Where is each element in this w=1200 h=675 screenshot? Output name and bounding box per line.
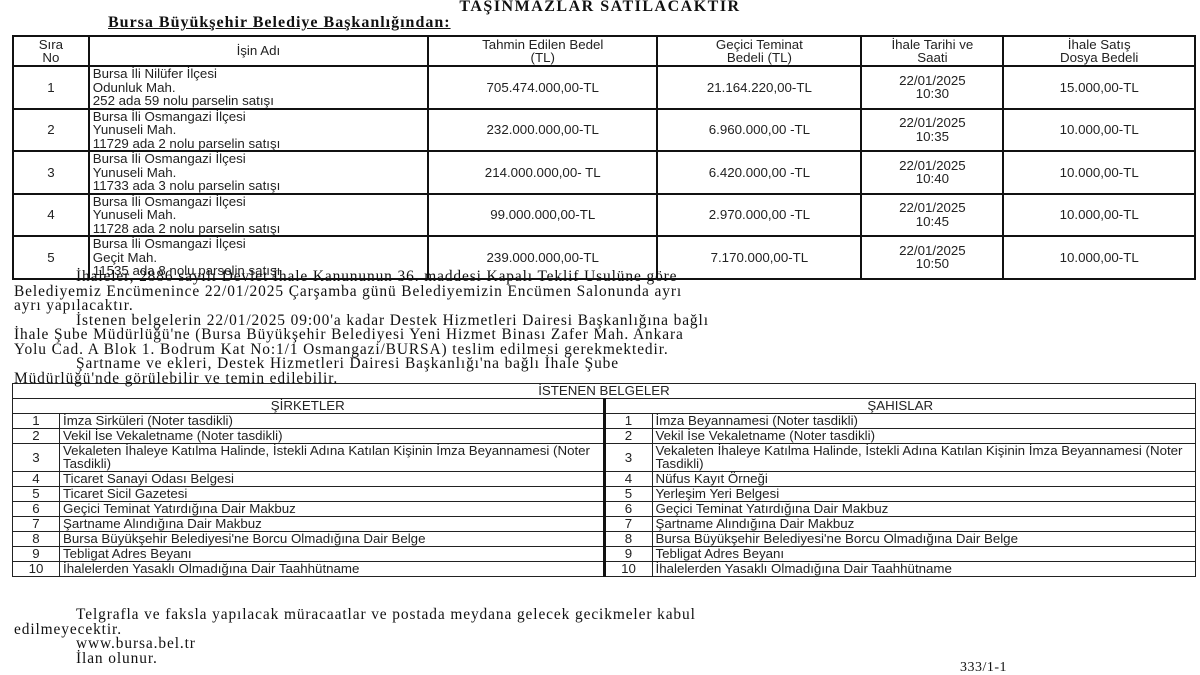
col-header-estimate: Tahmin Edilen Bedel(TL) [428, 36, 657, 66]
paragraph-submission: İstenen belgelerin 22/01/2025 09:00'a ka… [14, 314, 1194, 358]
individual-doc-number: 9 [604, 546, 652, 561]
auction-row: 4Bursa İli Osmangazi İlçesiYunuseli Mah.… [13, 194, 1195, 237]
individuals-header: ŞAHISLAR [604, 399, 1196, 414]
company-doc-number: 2 [13, 429, 60, 444]
auction-table: SıraNo İşin Adı Tahmin Edilen Bedel(TL) … [12, 35, 1196, 280]
individual-doc-number: 4 [604, 471, 652, 486]
company-doc-number: 4 [13, 471, 60, 486]
row-number: 1 [13, 66, 89, 109]
company-doc-text: Vekaleten İhaleye Katılma Halinde, İstek… [60, 444, 605, 472]
job-description: Bursa İli Osmangazi İlçesiYunuseli Mah.1… [89, 151, 428, 194]
file-fee: 10.000,00-TL [1003, 151, 1195, 194]
document-row: 5Ticaret Sicil Gazetesi5Yerleşim Yeri Be… [13, 486, 1196, 501]
paragraph-specification: Şartname ve ekleri, Destek Hizmetleri Da… [14, 357, 1194, 386]
individual-doc-number: 2 [604, 429, 652, 444]
individual-doc-text: Şartname Alındığına Dair Makbuz [652, 516, 1196, 531]
company-doc-text: Tebligat Adres Beyanı [60, 546, 605, 561]
individual-doc-text: İmza Beyannamesi (Noter tasdikli) [652, 414, 1196, 429]
company-doc-number: 10 [13, 561, 60, 576]
file-fee: 10.000,00-TL [1003, 109, 1195, 152]
document-row: 7Şartname Alındığına Dair Makbuz7Şartnam… [13, 516, 1196, 531]
company-doc-number: 5 [13, 486, 60, 501]
individual-doc-text: Vekaleten İhaleye Katılma Halinde, İstek… [652, 444, 1196, 472]
estimated-value: 214.000.000,00- TL [428, 151, 657, 194]
guarantee-amount: 6.420.000,00 -TL [657, 151, 861, 194]
col-header-no: SıraNo [13, 36, 89, 66]
company-doc-text: Ticaret Sicil Gazetesi [60, 486, 605, 501]
auction-row: 3Bursa İli Osmangazi İlçesiYunuseli Mah.… [13, 151, 1195, 194]
guarantee-amount: 21.164.220,00-TL [657, 66, 861, 109]
individual-doc-text: Geçici Teminat Yatırdığına Dair Makbuz [652, 501, 1196, 516]
company-doc-number: 3 [13, 444, 60, 472]
company-doc-number: 8 [13, 531, 60, 546]
reference-number: 333/1-1 [960, 660, 1007, 675]
document-row: 10İhalelerden Yasaklı Olmadığına Dair Ta… [13, 561, 1196, 576]
company-doc-number: 6 [13, 501, 60, 516]
auction-date-time: 22/01/202510:45 [861, 194, 1003, 237]
company-doc-text: Şartname Alındığına Dair Makbuz [60, 516, 605, 531]
individual-doc-number: 5 [604, 486, 652, 501]
individual-doc-text: Nüfus Kayıt Örneği [652, 471, 1196, 486]
auction-table-header: SıraNo İşin Adı Tahmin Edilen Bedel(TL) … [13, 36, 1195, 66]
col-header-date-time: İhale Tarihi veSaati [861, 36, 1003, 66]
file-fee: 10.000,00-TL [1003, 194, 1195, 237]
individual-doc-text: Tebligat Adres Beyanı [652, 546, 1196, 561]
file-fee: 15.000,00-TL [1003, 66, 1195, 109]
document-row: 1İmza Sirküleri (Noter tasdikli)1İmza Be… [13, 414, 1196, 429]
estimated-value: 232.000.000,00-TL [428, 109, 657, 152]
auction-row: 1Bursa İli Nilüfer İlçesiOdunluk Mah.252… [13, 66, 1195, 109]
issuer-heading: Bursa Büyükşehir Belediye Başkanlığından… [108, 14, 451, 32]
col-header-guarantee: Geçici TeminatBedeli (TL) [657, 36, 861, 66]
row-number: 4 [13, 194, 89, 237]
estimated-value: 705.474.000,00-TL [428, 66, 657, 109]
guarantee-amount: 6.960.000,00 -TL [657, 109, 861, 152]
individual-doc-text: Bursa Büyükşehir Belediyesi'ne Borcu Olm… [652, 531, 1196, 546]
col-header-file-fee: İhale SatışDosya Bedeli [1003, 36, 1195, 66]
individual-doc-number: 8 [604, 531, 652, 546]
individual-doc-number: 1 [604, 414, 652, 429]
estimated-value: 99.000.000,00-TL [428, 194, 657, 237]
company-doc-number: 1 [13, 414, 60, 429]
company-doc-number: 9 [13, 546, 60, 561]
closing-text: İlan olunur. [14, 652, 1194, 667]
auction-date-time: 22/01/202510:35 [861, 109, 1003, 152]
company-doc-text: İmza Sirküleri (Noter tasdikli) [60, 414, 605, 429]
document-row: 8Bursa Büyükşehir Belediyesi'ne Borcu Ol… [13, 531, 1196, 546]
website-link[interactable]: www.bursa.bel.tr [14, 637, 1194, 652]
document-row: 3Vekaleten İhaleye Katılma Halinde, İste… [13, 444, 1196, 472]
document-row: 2Vekil İse Vekaletname (Noter tasdikli)2… [13, 429, 1196, 444]
required-documents-table: İSTENEN BELGELER ŞİRKETLER ŞAHISLAR 1İmz… [12, 383, 1196, 577]
job-description: Bursa İli Osmangazi İlçesiYunuseli Mah.1… [89, 109, 428, 152]
individual-doc-text: Yerleşim Yeri Belgesi [652, 486, 1196, 501]
company-doc-text: Ticaret Sanayi Odası Belgesi [60, 471, 605, 486]
document-row: 6Geçici Teminat Yatırdığına Dair Makbuz6… [13, 501, 1196, 516]
document-row: 4Ticaret Sanayi Odası Belgesi4Nüfus Kayı… [13, 471, 1196, 486]
individual-doc-number: 10 [604, 561, 652, 576]
job-description: Bursa İli Nilüfer İlçesiOdunluk Mah.252 … [89, 66, 428, 109]
auction-date-time: 22/01/202510:30 [861, 66, 1003, 109]
auction-date-time: 22/01/202510:40 [861, 151, 1003, 194]
company-doc-text: Geçici Teminat Yatırdığına Dair Makbuz [60, 501, 605, 516]
company-doc-number: 7 [13, 516, 60, 531]
individual-doc-number: 7 [604, 516, 652, 531]
individual-doc-number: 3 [604, 444, 652, 472]
company-doc-text: Vekil İse Vekaletname (Noter tasdikli) [60, 429, 605, 444]
required-documents-title: İSTENEN BELGELER [13, 384, 1196, 399]
individual-doc-text: İhalelerden Yasaklı Olmadığına Dair Taah… [652, 561, 1196, 576]
row-number: 3 [13, 151, 89, 194]
row-number: 2 [13, 109, 89, 152]
paragraph-late-applications: Telgrafla ve faksla yapılacak müracaatla… [14, 608, 1194, 666]
individual-doc-text: Vekil İse Vekaletname (Noter tasdikli) [652, 429, 1196, 444]
company-doc-text: İhalelerden Yasaklı Olmadığına Dair Taah… [60, 561, 605, 576]
companies-header: ŞİRKETLER [13, 399, 605, 414]
col-header-job-name: İşin Adı [89, 36, 428, 66]
company-doc-text: Bursa Büyükşehir Belediyesi'ne Borcu Olm… [60, 531, 605, 546]
paragraph-auction-method: İhaleler, 2886 sayılı Devlet İhale Kanun… [14, 270, 1194, 314]
individual-doc-number: 6 [604, 501, 652, 516]
guarantee-amount: 2.970.000,00 -TL [657, 194, 861, 237]
document-row: 9Tebligat Adres Beyanı9Tebligat Adres Be… [13, 546, 1196, 561]
auction-row: 2Bursa İli Osmangazi İlçesiYunuseli Mah.… [13, 109, 1195, 152]
job-description: Bursa İli Osmangazi İlçesiYunuseli Mah.1… [89, 194, 428, 237]
